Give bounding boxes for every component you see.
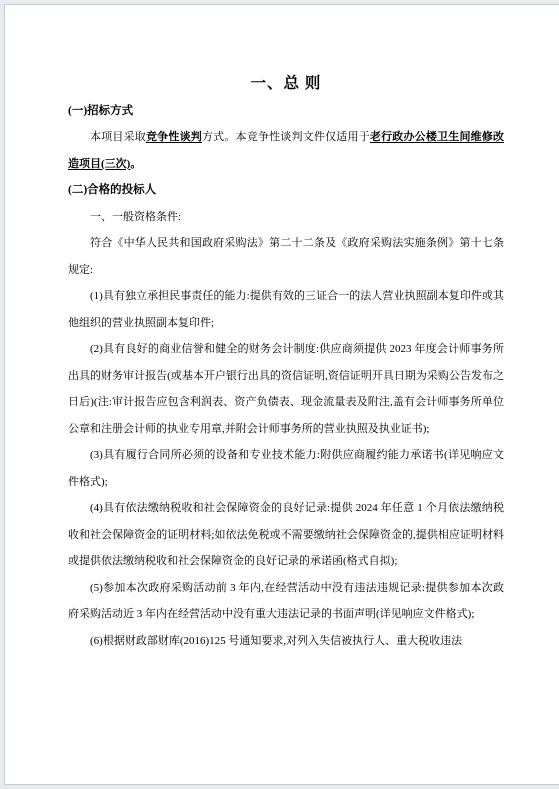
- paragraph: (6)根据财政部财库(2016)125 号通知要求,对列入失信被执行人、重大税收…: [68, 628, 504, 655]
- paragraph: 符合《中华人民共和国政府采购法》第二十二条及《政府采购法实施条例》第十七条规定:: [68, 230, 504, 283]
- app-canvas: { "document": { "title": "一、总 则", "parag…: [0, 0, 559, 789]
- text-segment: (4)具有依法缴纳税收和社会保障资金的良好记录:提供 2024 年任意 1 个月…: [68, 502, 504, 567]
- paragraph: (4)具有依法缴纳税收和社会保障资金的良好记录:提供 2024 年任意 1 个月…: [68, 495, 504, 575]
- text-segment: 一、一般资格条件:: [90, 211, 181, 223]
- paragraph: (1)具有独立承担民事责任的能力:提供有效的三证合一的法人营业执照副本复印件或其…: [68, 283, 504, 336]
- document-title: 一、总 则: [68, 71, 504, 98]
- text-segment: 方式。本竞争性谈判文件仅适用于: [202, 131, 370, 143]
- text-segment: (2)具有良好的商业信誉和健全的财务会计制度:供应商须提供 2023 年度会计师…: [68, 343, 504, 435]
- paragraph: 本项目采取竞争性谈判方式。本竞争性谈判文件仅适用于老行政办公楼卫生间维修改造项目…: [68, 124, 504, 177]
- text-segment: 。: [130, 158, 141, 170]
- text-segment: 符合《中华人民共和国政府采购法》第二十二条及《政府采购法实施条例》第十七条规定:: [68, 237, 504, 276]
- text-segment: (一)招标方式: [68, 105, 133, 117]
- document-body: (一)招标方式本项目采取竞争性谈判方式。本竞争性谈判文件仅适用于老行政办公楼卫生…: [68, 98, 504, 655]
- section-heading: (一)招标方式: [68, 98, 504, 125]
- paragraph: (3)具有履行合同所必须的设备和专业技术能力:附供应商履约能力承诺书(详见响应文…: [68, 442, 504, 495]
- paragraph: (2)具有良好的商业信誉和健全的财务会计制度:供应商须提供 2023 年度会计师…: [68, 336, 504, 442]
- document-page: 一、总 则 (一)招标方式本项目采取竞争性谈判方式。本竞争性谈判文件仅适用于老行…: [4, 4, 559, 785]
- paragraph: (5)参加本次政府采购活动前 3 年内,在经营活动中没有违法违规记录:提供参加本…: [68, 575, 504, 628]
- paragraph: 一、一般资格条件:: [68, 204, 504, 231]
- document-content: 一、总 则 (一)招标方式本项目采取竞争性谈判方式。本竞争性谈判文件仅适用于老行…: [5, 5, 559, 654]
- text-segment: 本项目采取: [90, 131, 146, 143]
- text-segment: 竞争性谈判: [146, 131, 202, 143]
- section-heading: (二)合格的投标人: [68, 177, 504, 204]
- text-segment: (1)具有独立承担民事责任的能力:提供有效的三证合一的法人营业执照副本复印件或其…: [68, 290, 504, 329]
- text-segment: (5)参加本次政府采购活动前 3 年内,在经营活动中没有违法违规记录:提供参加本…: [68, 582, 504, 621]
- text-segment: (二)合格的投标人: [68, 184, 156, 196]
- text-segment: (3)具有履行合同所必须的设备和专业技术能力:附供应商履约能力承诺书(详见响应文…: [68, 449, 504, 488]
- text-segment: (6)根据财政部财库(2016)125 号通知要求,对列入失信被执行人、重大税收…: [90, 635, 462, 647]
